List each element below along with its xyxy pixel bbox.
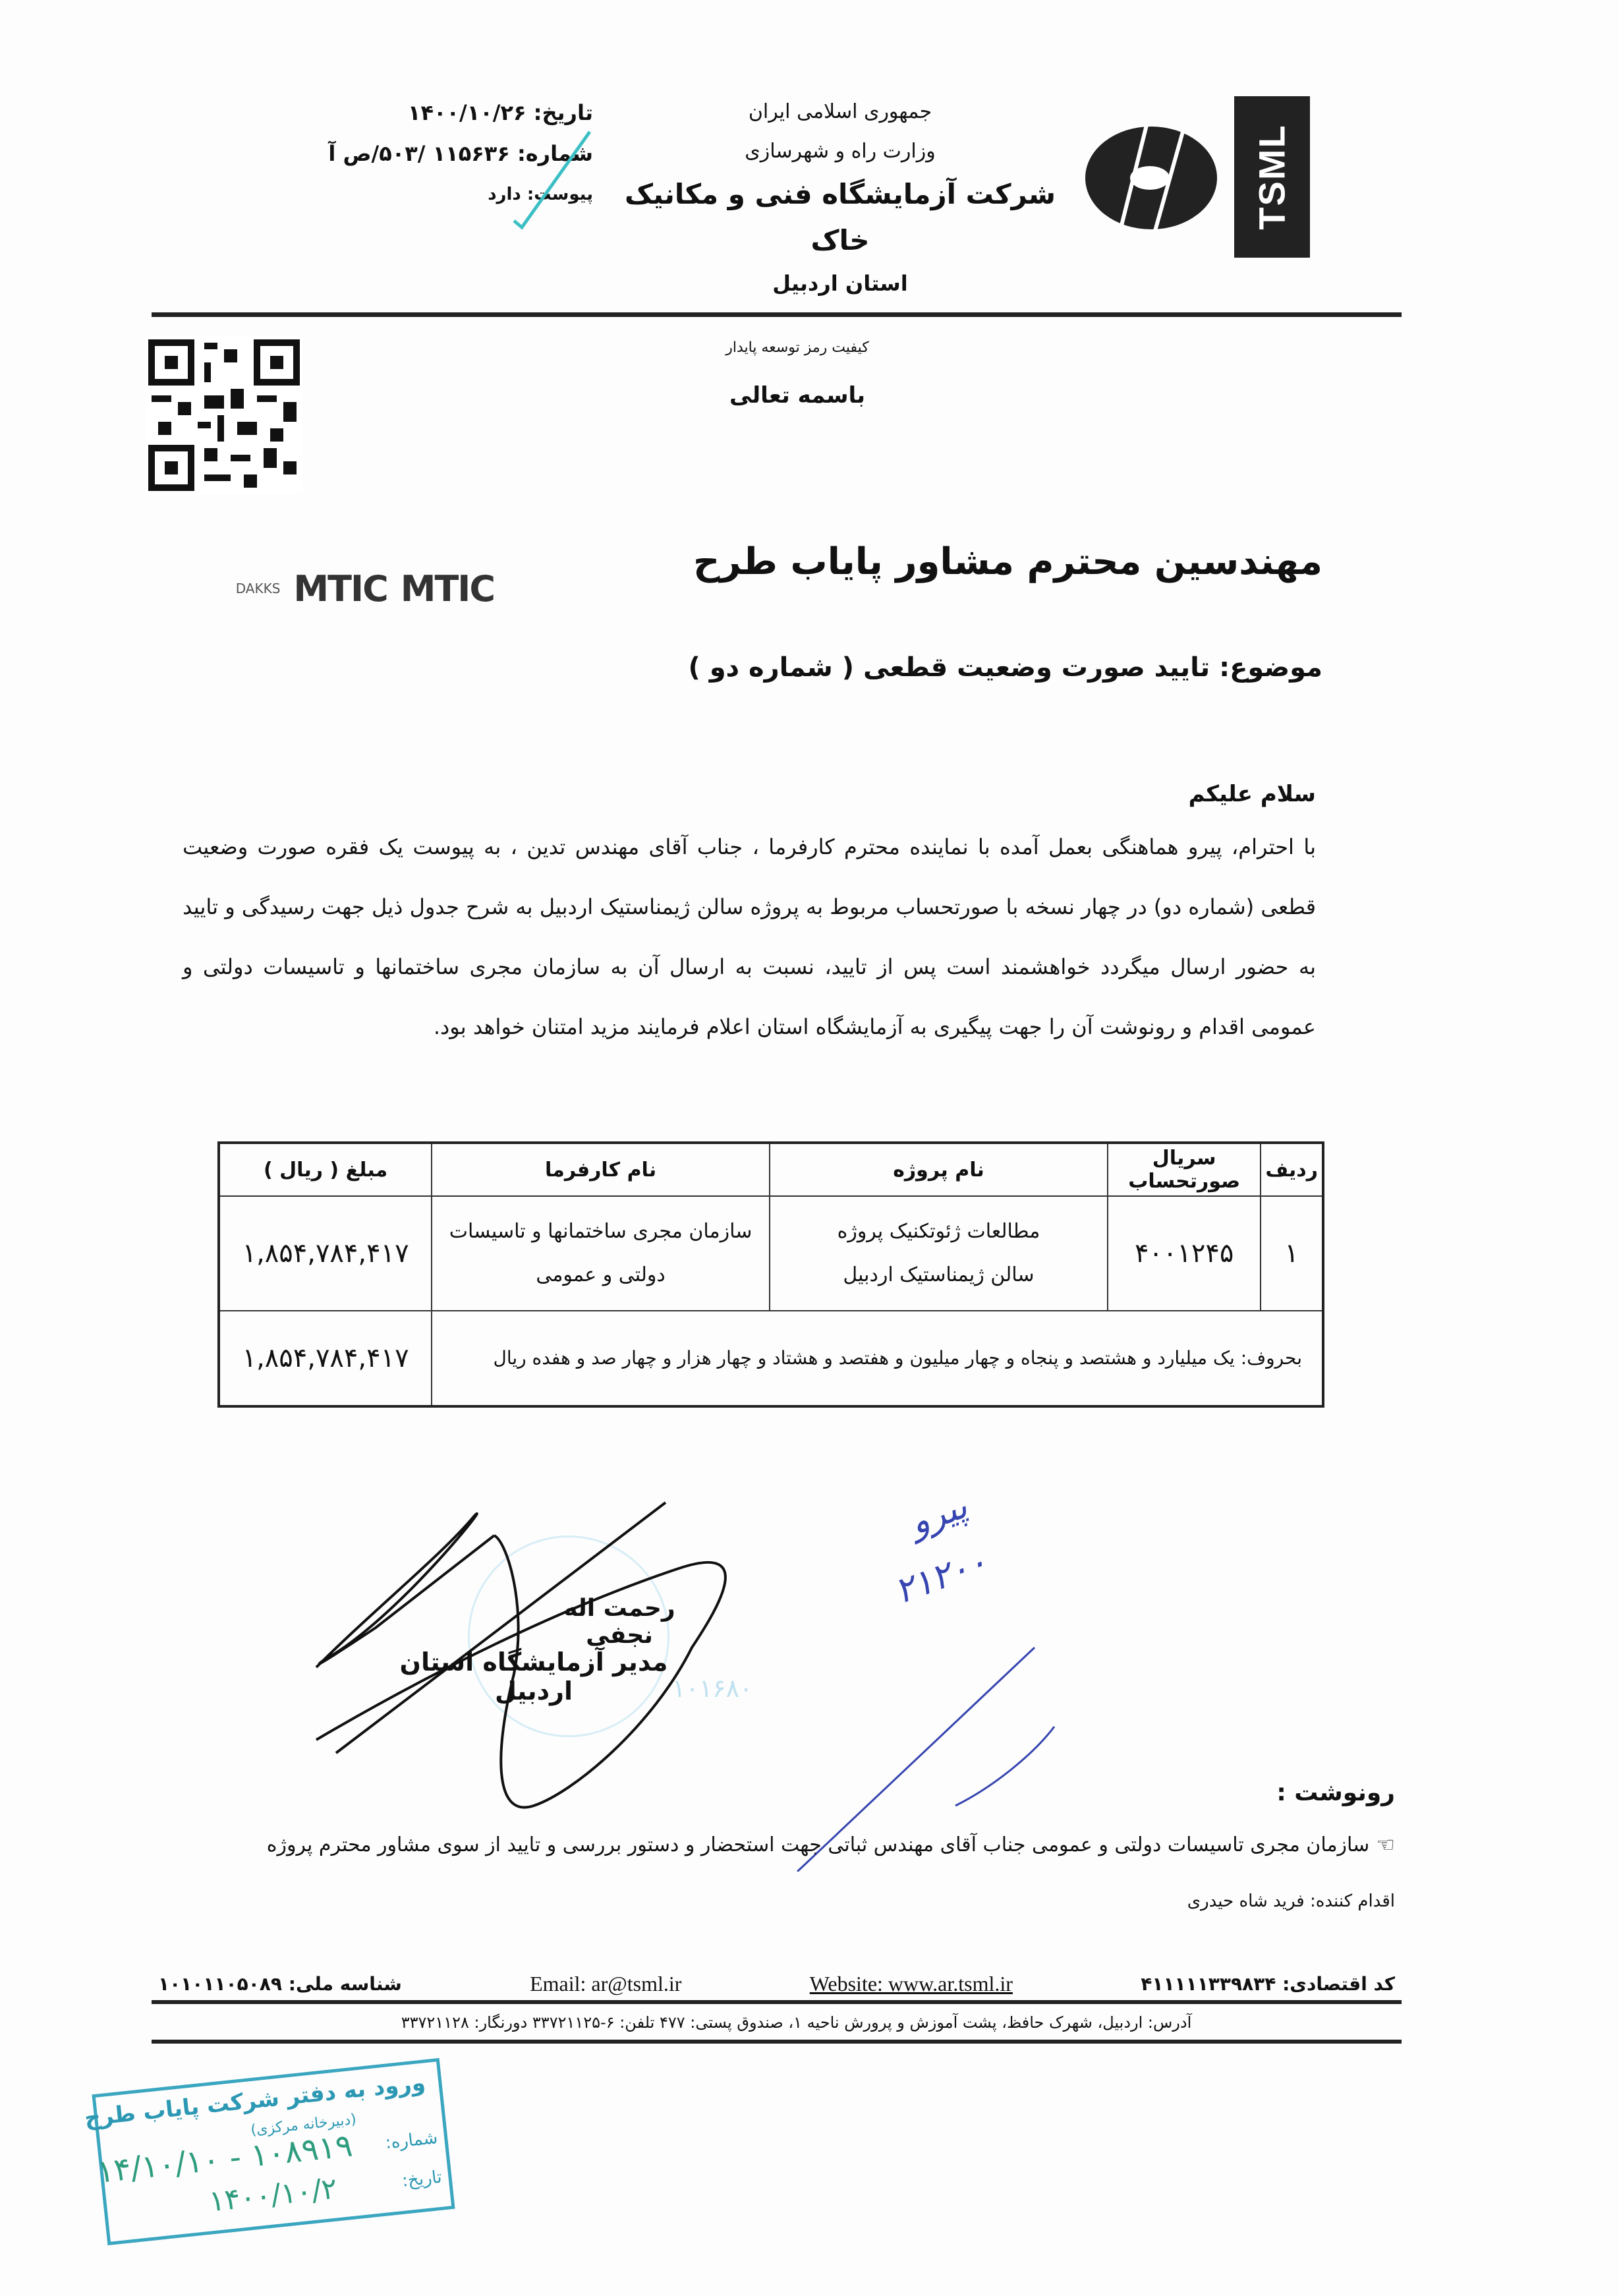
copy-item: ☜ سازمان مجری تاسیسات دولتی و عمومی جناب… — [267, 1832, 1395, 1857]
footer-divider-2 — [152, 2040, 1402, 2044]
stamp-date-value: ۱۴۰۰/۱۰/۲ — [208, 2171, 339, 2218]
table-row: ۱ ۴۰۰۱۲۴۵ مطالعات ژئوتکنیک پروژه سالن ژی… — [219, 1196, 1323, 1311]
receipt-stamp: ورود به دفتر شرکت پایاب طرح (دبیرخانه مر… — [92, 2058, 455, 2245]
tsml-logo-text: TSML — [1251, 124, 1293, 229]
qr-code-icon — [145, 336, 303, 494]
dakks-logo: DAKKS — [236, 581, 281, 596]
subject-text: تایید صورت وضعیت قطعی ( شماره دو ) — [688, 652, 1210, 683]
copy-label: رونوشت : — [1276, 1779, 1395, 1806]
national-id: شناسه ملی: ۱۰۱۰۱۱۰۵۰۸۹ — [158, 1973, 402, 1995]
pointer-hand-icon: ☜ — [1376, 1832, 1395, 1857]
website-link[interactable]: Website: www.ar.tsml.ir — [810, 1972, 1013, 1996]
action-by: اقدام کننده: فرید شاه حیدری — [1187, 1891, 1395, 1911]
country-name: جمهوری اسلامی ایران — [593, 92, 1087, 132]
letterhead: جمهوری اسلامی ایران وزارت راه و شهرسازی … — [593, 92, 1087, 303]
header-divider — [152, 312, 1402, 317]
date-row: تاریخ: ۱۴۰۰/۱۰/۲۶ — [316, 92, 593, 133]
project-line1: مطالعات ژئوتکنیک پروژه — [771, 1210, 1106, 1253]
signer-title: مدیر آزمایشگاه استان اردبیل — [376, 1648, 692, 1706]
col-amount: مبلغ ( ریال ) — [219, 1143, 432, 1196]
invoice-table: ردیف سریال صورتحساب نام پروژه نام کارفرم… — [217, 1141, 1324, 1408]
email-link[interactable]: Email: ar@tsml.ir — [530, 1972, 681, 1996]
checkmark-icon — [507, 129, 593, 234]
mtic-logo-2: MTIC — [293, 568, 387, 610]
company-name: شرکت آزمایشگاه فنی و مکانیک خاک — [593, 171, 1087, 264]
subject-label: موضوع: — [1219, 652, 1322, 683]
stamp-number-label: شماره: — [384, 2128, 438, 2153]
company-address: آدرس: اردبیل، شهرک حافظ، پشت آموزش و پرو… — [369, 2013, 1224, 2032]
number-value: ۱۱۵۶۳۶ /۵۰۳/ص آ — [328, 141, 509, 166]
footer-divider-1 — [152, 2000, 1402, 2004]
row-amount: ۱,۸۵۴,۷۸۴,۴۱۷ — [219, 1196, 432, 1311]
date-label: تاریخ: — [534, 100, 593, 125]
row-index: ۱ — [1261, 1196, 1323, 1311]
tsml-logo-box: TSML — [1234, 96, 1310, 258]
slogan: کیفیت رمز توسعه پایدار — [659, 339, 936, 356]
employer-line1: سازمان مجری ساختمانها و تاسیسات — [433, 1210, 768, 1253]
project-line2: سالن ژیمناستیک اردبیل — [771, 1253, 1106, 1297]
economic-code: کد اقتصادی: ۴۱۱۱۱۱۳۳۹۸۳۴ — [1141, 1973, 1395, 1995]
copy-item-text: سازمان مجری تاسیسات دولتی و عمومی جناب آ… — [267, 1833, 1370, 1856]
ministry-name: وزارت راه و شهرسازی — [593, 132, 1087, 171]
total-in-words: بحروف: یک میلیارد و هشتصد و پنجاه و چهار… — [432, 1311, 1323, 1406]
province-name: استان اردبیل — [593, 264, 1087, 303]
handwritten-note: پیرو ۲۱۲۰۰ — [866, 1477, 996, 1621]
table-header-row: ردیف سریال صورتحساب نام پروژه نام کارفرم… — [219, 1143, 1323, 1196]
col-index: ردیف — [1261, 1143, 1323, 1196]
mtic-logo-1: MTIC — [401, 568, 494, 610]
table-total-row: بحروف: یک میلیارد و هشتصد و پنجاه و چهار… — [219, 1311, 1323, 1406]
date-value: ۱۴۰۰/۱۰/۲۶ — [408, 100, 526, 125]
stamp-date-label: تاریخ: — [401, 2167, 443, 2191]
col-employer: نام کارفرما — [432, 1143, 770, 1196]
row-employer: سازمان مجری ساختمانها و تاسیسات دولتی و … — [432, 1196, 770, 1311]
letter-body: با احترام، پیرو هماهنگی بعمل آمده با نما… — [183, 817, 1316, 1057]
company-logo-icon — [1084, 125, 1219, 231]
invocation: باسمه تعالی — [659, 382, 936, 409]
recipient: مهندسین محترم مشاور پایاب طرح — [693, 540, 1322, 583]
col-project: نام پروژه — [770, 1143, 1108, 1196]
employer-line2: دولتی و عمومی — [433, 1253, 768, 1297]
row-serial: ۴۰۰۱۲۴۵ — [1108, 1196, 1261, 1311]
row-project: مطالعات ژئوتکنیک پروژه سالن ژیمناستیک ار… — [770, 1196, 1108, 1311]
total-amount: ۱,۸۵۴,۷۸۴,۴۱۷ — [219, 1311, 432, 1406]
col-serial: سریال صورتحساب — [1108, 1143, 1261, 1196]
signer-name: رحمت اله نجفی — [527, 1595, 712, 1649]
footer-info: کد اقتصادی: ۴۱۱۱۱۱۳۳۹۸۳۴ Website: www.ar… — [158, 1967, 1395, 2000]
certification-logos: MTIC MTIC DAKKS — [125, 565, 494, 612]
greeting: سلام علیکم — [1189, 781, 1316, 807]
subject-line: موضوع: تایید صورت وضعیت قطعی ( شماره دو … — [688, 652, 1322, 683]
